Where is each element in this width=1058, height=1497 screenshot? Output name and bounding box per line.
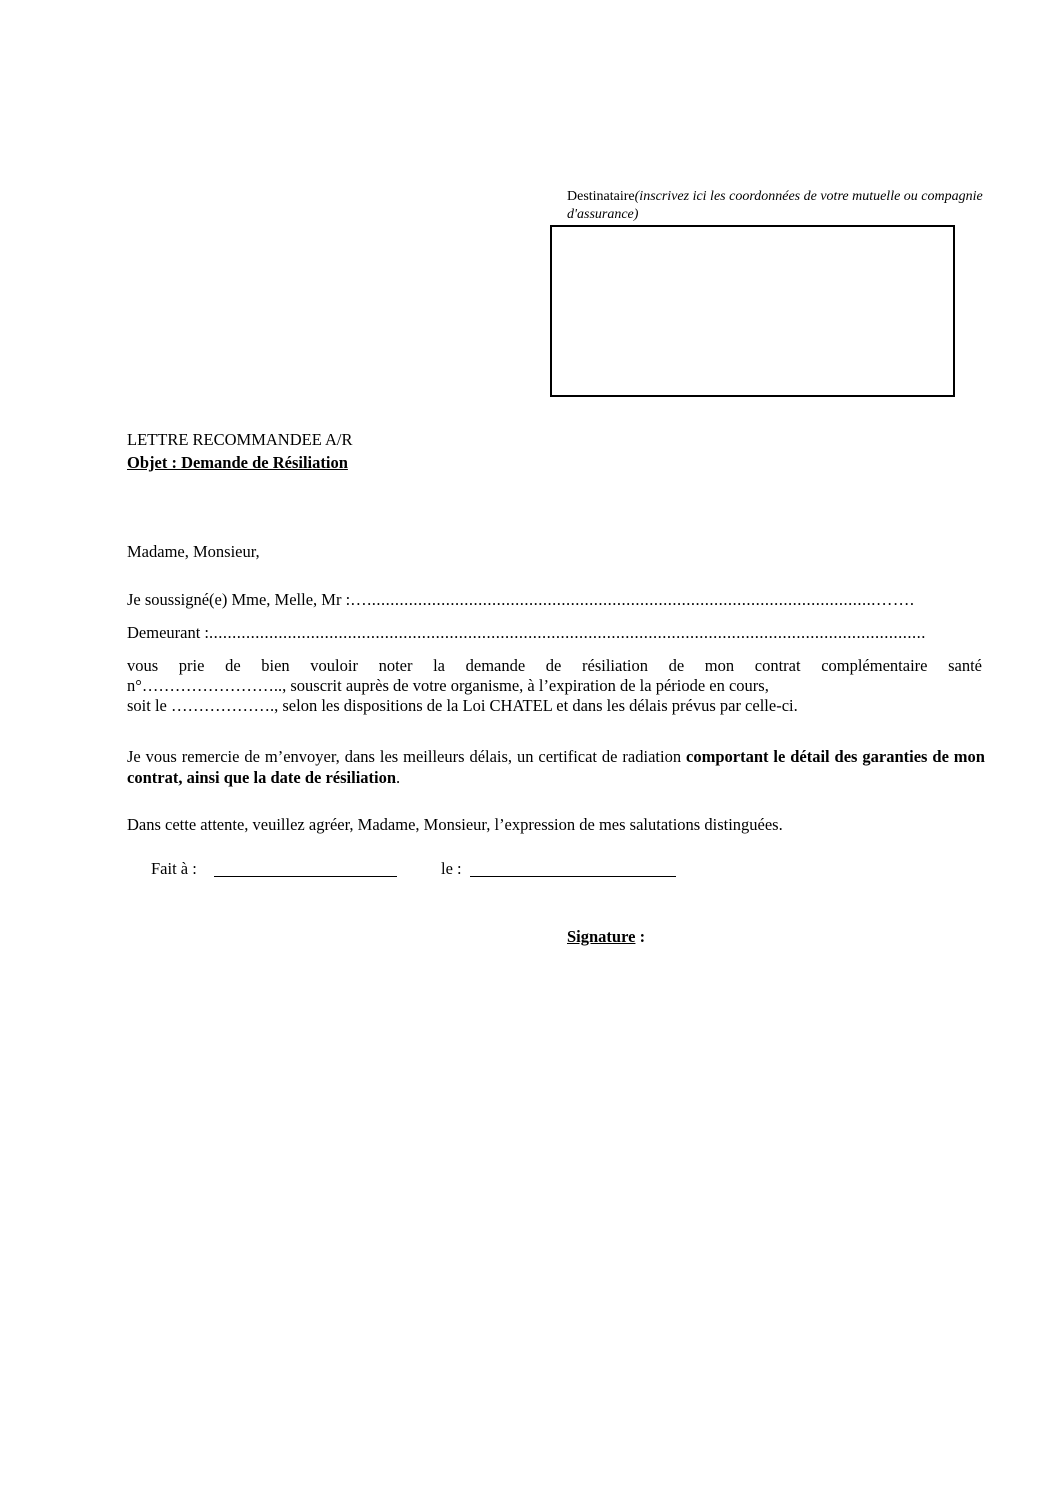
name-field-line: Je soussigné(e) Mme, Melle, Mr :….......… <box>127 590 979 610</box>
letter-subject: Objet : Demande de Résiliation <box>127 453 348 473</box>
salutation: Madame, Monsieur, <box>127 542 260 562</box>
address-field-input[interactable]: ........................................… <box>209 623 926 642</box>
contract-number-label: n° <box>127 676 142 695</box>
recipient-address-box[interactable] <box>550 225 955 397</box>
contract-number-input[interactable]: …………………….., <box>142 676 286 695</box>
place-input-line[interactable] <box>214 876 397 877</box>
place-label: Fait à : <box>151 859 197 879</box>
signature-label-text: Signature <box>567 927 635 946</box>
name-field-input[interactable]: ….......................................… <box>350 590 914 609</box>
paragraph-2-text: Je vous remercie de m’envoyer, dans les … <box>127 747 686 766</box>
termination-date-input[interactable]: ………………., <box>171 696 278 715</box>
paragraph-1-line-3-text: selon les dispositions de la Loi CHATEL … <box>278 696 797 715</box>
letter-type: LETTRE RECOMMANDEE A/R <box>127 430 353 450</box>
date-input-line[interactable] <box>470 876 676 877</box>
paragraph-1-line-3: soit le ………………., selon les dispositions … <box>127 696 982 716</box>
termination-date-label: soit le <box>127 696 171 715</box>
recipient-label: Destinataire(inscrivez ici les coordonné… <box>567 188 987 224</box>
signature-label-colon: : <box>635 927 645 946</box>
termination-request-paragraph: vous prie de bien vouloir noter la deman… <box>127 656 982 716</box>
paragraph-1-line-2-text: souscrit auprès de votre organisme, à l’… <box>286 676 769 695</box>
certificate-request-paragraph: Je vous remercie de m’envoyer, dans les … <box>127 746 985 788</box>
address-field-label: Demeurant : <box>127 623 209 642</box>
address-field-line: Demeurant :.............................… <box>127 623 979 643</box>
paragraph-1-line-2: n°…………………….., souscrit auprès de votre o… <box>127 676 982 696</box>
recipient-label-text: Destinataire <box>567 189 635 204</box>
paragraph-2-end: . <box>396 768 400 787</box>
name-field-label: Je soussigné(e) Mme, Melle, Mr : <box>127 590 350 609</box>
signature-label: Signature : <box>567 927 645 947</box>
date-label: le : <box>441 859 462 879</box>
paragraph-1-line-1: vous prie de bien vouloir noter la deman… <box>127 656 982 676</box>
closing-formula: Dans cette attente, veuillez agréer, Mad… <box>127 815 783 835</box>
